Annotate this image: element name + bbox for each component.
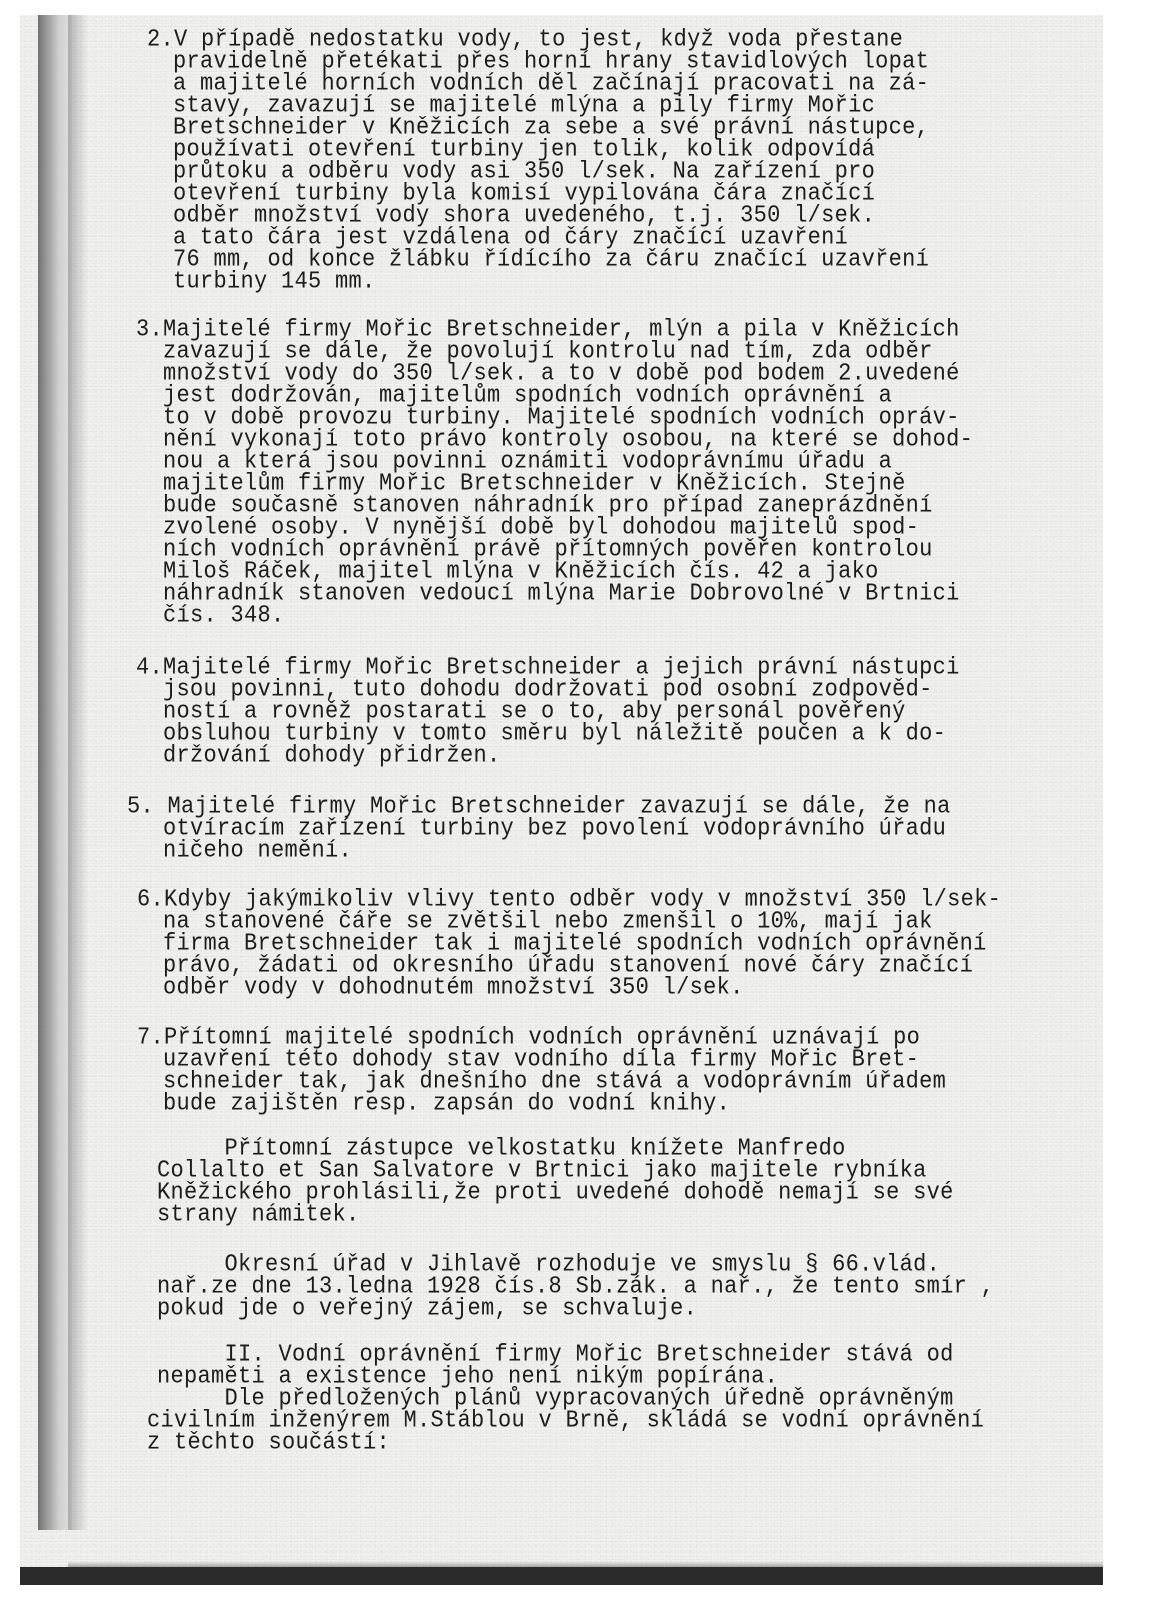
text-line: z těchto součástí: [147,1431,390,1455]
typewritten-text: 2.V případě nedostatku vody, to jest, kd… [0,0,1163,1600]
text-line: čís. 348. [163,604,285,628]
text-line: držování dohody přidržen. [163,744,501,768]
text-line: ničeho nemění. [163,839,352,863]
text-line: strany námitek. [157,1203,360,1227]
text-line: odběr vody v dohodnutém množství 350 l/s… [163,976,744,1000]
text-line: turbiny 145 mm. [173,270,376,294]
text-line: pokud jde o veřejný zájem, se schvaluje. [157,1297,697,1321]
text-line: bude zajištěn resp. zapsán do vodní knih… [163,1092,730,1116]
